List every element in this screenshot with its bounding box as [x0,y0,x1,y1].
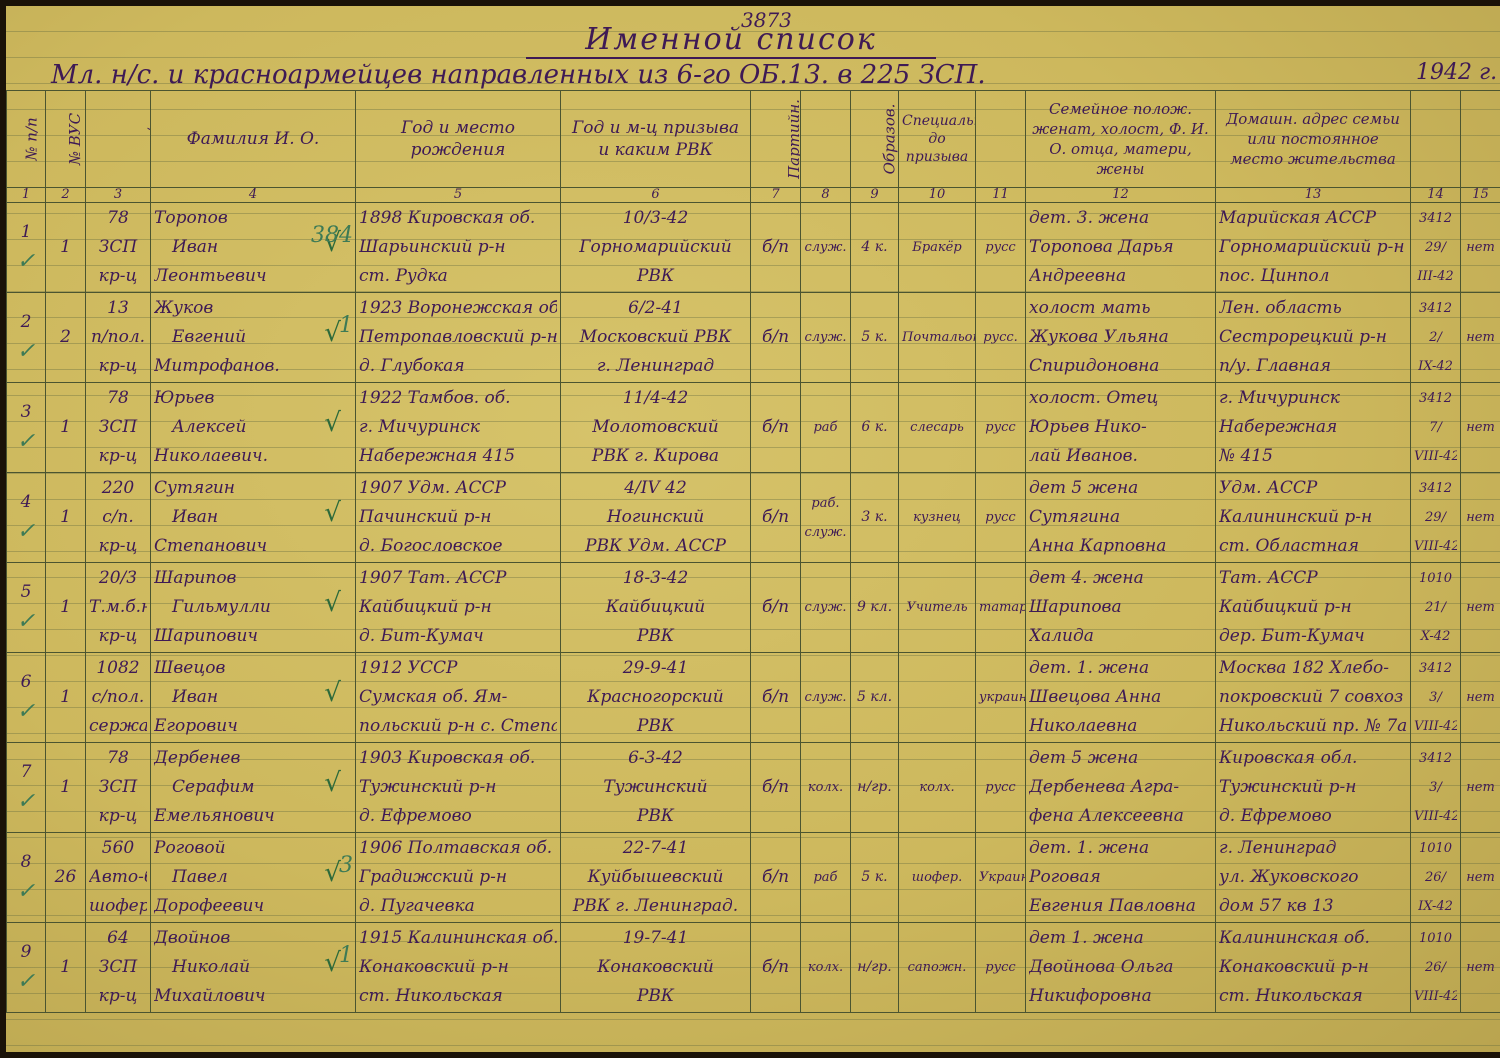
cell-draft: 10/3-42ГорномарийскийРВК [561,203,751,293]
cell-draft: 29-9-41КрасногорскийРВК [561,653,751,743]
cell-vus: 1 [46,473,86,563]
cell-party: б/п [751,473,801,563]
cell-unit-rank: 13п/пол.кр-ц [86,293,151,383]
col-num: 2 [46,188,86,203]
cell-nationality: русс [976,383,1026,473]
cell-arrived: 341229/VIII-42 [1411,473,1461,563]
cell-family: дет. 3. женаТоропова ДарьяАндреевна [1026,203,1216,293]
cell-nationality: русс. [976,293,1026,383]
table-row: 3✓ 1 78ЗСПкр-ц ЮрьевАлексейНиколаевич. √… [7,383,1500,473]
cell-education: 9 кл. [851,563,899,653]
cell-arrived: 101026/VIII-42 [1411,923,1461,1013]
document-year: 1942 г. [1416,60,1497,85]
col-num: 5 [356,188,561,203]
cell-vus: 1 [46,923,86,1013]
cell-unit-rank: 78ЗСПкр-ц [86,383,151,473]
cell-vus: 1 [46,563,86,653]
cell-draft: 11/4-42МолотовскийРВК г. Кирова [561,383,751,473]
cell-arrived: 101021/X-42 [1411,563,1461,653]
cell-name: ШвецовИванЕгорович √ [151,653,356,743]
cell-address: г. Ленинградул. Жуковскогодом 57 кв 13 [1216,833,1411,923]
cell-birth: 1903 Кировская об.Тужинский р-нд. Ефремо… [356,743,561,833]
col-num: 15 [1461,188,1500,203]
cell-unit-rank: 20/3Т.м.б.н.кр-ц [86,563,151,653]
col-num: 3 [86,188,151,203]
cell-draft: 4/IV 42НогинскийРВК Удм. АССР [561,473,751,563]
document-subtitle: Мл. н/с. и красноармейцев направленных и… [51,60,986,90]
personnel-table: № п/п № ВУС Часть, в/звание Фамилия И. О… [6,90,1500,1013]
cell-vus: 1 [46,383,86,473]
cell-birth: 1907 Тат. АССРКайбицкий р-нд. Бит-Кумач [356,563,561,653]
cell-arrived: 101026/IX-42 [1411,833,1461,923]
col-num: 4 [151,188,356,203]
cell-specialty: Учитель [899,563,976,653]
green-check-icon: ✓ [17,429,35,454]
cell-specialty: шофер. [899,833,976,923]
cell-party: б/п [751,743,801,833]
col-header-education: Образов. [851,91,899,188]
cell-draft: 18-3-42КайбицкийРВК [561,563,751,653]
col-header-draft: Год и м-ц призыва и каким РВК [561,91,751,188]
cell-nationality: татар. [976,563,1026,653]
cell-birth: 1923 Воронежская об.Петропавловский р-нд… [356,293,561,383]
cell-education: 5 кл. [851,653,899,743]
cell-name: ДвойновНиколайМихайлович √ 1 [151,923,356,1013]
checkmark-icon: √ [324,679,341,708]
cell-social: колх. [801,923,851,1013]
cell-unit-rank: 560Авто-бншофер. [86,833,151,923]
cell-unit-rank: 78ЗСПкр-ц [86,743,151,833]
cell-specialty: колх. [899,743,976,833]
cell-social: раб [801,833,851,923]
cell-conviction: нет [1461,653,1500,743]
cell-draft: 19-7-41КонаковскийРВК [561,923,751,1013]
cell-conviction: нет [1461,563,1500,653]
col-header-birth: Год и место рождения [356,91,561,188]
cell-specialty: Почтальон [899,293,976,383]
cell-specialty [899,653,976,743]
cell-family: дет 5 женаСутягинаАнна Карповна [1026,473,1216,563]
cell-education: 6 к. [851,383,899,473]
cell-family: холост. ОтецЮрьев Нико-лай Иванов. [1026,383,1216,473]
cell-education: 5 к. [851,833,899,923]
cell-arrived: 34122/IX-42 [1411,293,1461,383]
cell-party: б/п [751,293,801,383]
cell-name: ТороповИванЛеонтьевич √ 384 [151,203,356,293]
cell-social: раб. служ. [801,473,851,563]
table-row: 1✓ 1 78ЗСПкр-ц ТороповИванЛеонтьевич √ 3… [7,203,1500,293]
col-header-number: № п/п [7,91,46,188]
cell-birth: 1912 УССРСумская об. Ям-польский р-н с. … [356,653,561,743]
green-check-icon: ✓ [17,789,35,814]
cell-address: Удм. АССРКалининский р-нст. Областная [1216,473,1411,563]
cell-unit-rank: 78ЗСПкр-ц [86,203,151,293]
cell-conviction: нет [1461,833,1500,923]
cell-arrived: 341229/III-42 [1411,203,1461,293]
cell-unit-rank: 64ЗСПкр-ц [86,923,151,1013]
cell-vus: 1 [46,743,86,833]
cell-number: 1✓ [7,203,46,293]
cell-name: ЖуковЕвгенийМитрофанов. √ 1 [151,293,356,383]
green-check-icon: ✓ [17,519,35,544]
cell-social: служ. [801,653,851,743]
green-check-icon: ✓ [17,249,35,274]
cell-social: служ. [801,293,851,383]
col-header-address: Домашн. адрес семьи или постоянное место… [1216,91,1411,188]
col-num: 8 [801,188,851,203]
col-header-party: Партийн. [751,91,801,188]
col-num: 13 [1216,188,1411,203]
cell-arrived: 34127/VIII-42 [1411,383,1461,473]
cell-nationality: русс [976,923,1026,1013]
cell-specialty: сапожн. [899,923,976,1013]
col-num: 10 [899,188,976,203]
cell-family: дет 4. женаШариповаХалида [1026,563,1216,653]
cell-birth: 1907 Удм. АССРПачинский р-нд. Богословск… [356,473,561,563]
col-num: 14 [1411,188,1461,203]
cell-party: б/п [751,923,801,1013]
cell-name: ШариповГильмуллиШарипович √ [151,563,356,653]
cell-conviction: нет [1461,473,1500,563]
cell-arrived: 34123/VIII-42 [1411,653,1461,743]
cell-family: дет. 1. женаРоговаяЕвгения Павловна [1026,833,1216,923]
cell-vus: 1 [46,653,86,743]
cell-social: служ. [801,563,851,653]
table-row: 9✓ 1 64ЗСПкр-ц ДвойновНиколайМихайлович … [7,923,1500,1013]
cell-number: 3✓ [7,383,46,473]
cell-nationality: Украин. [976,833,1026,923]
table-row: 7✓ 1 78ЗСПкр-ц ДербеневСерафимЕмельянови… [7,743,1500,833]
col-header-vus: № ВУС [46,91,86,188]
cell-education: н/гр. [851,923,899,1013]
cell-social: раб [801,383,851,473]
green-mark: 384 [311,221,353,250]
cell-draft: 22-7-41КуйбышевскийРВК г. Ленинград. [561,833,751,923]
green-mark: 1 [339,311,353,340]
cell-number: 6✓ [7,653,46,743]
green-check-icon: ✓ [17,339,35,364]
cell-conviction: нет [1461,923,1500,1013]
table-body: 1✓ 1 78ЗСПкр-ц ТороповИванЛеонтьевич √ 3… [7,203,1500,1013]
green-check-icon: ✓ [17,699,35,724]
green-mark: 3 [339,851,353,880]
cell-party: б/п [751,563,801,653]
column-number-row: 1 2 3 4 5 6 7 8 9 10 11 12 13 14 15 [7,188,1500,203]
checkmark-icon: √ [324,589,341,618]
table-row: 2✓ 2 13п/пол.кр-ц ЖуковЕвгенийМитрофанов… [7,293,1500,383]
cell-address: Калининская об.Конаковский р-нст. Николь… [1216,923,1411,1013]
checkmark-icon: √ [324,769,341,798]
cell-name: ЮрьевАлексейНиколаевич. √ [151,383,356,473]
col-header-specialty: Специальность до призыва [899,91,976,188]
archival-document-sheet: 3873 Именной список Мл. н/с. и красноарм… [6,6,1500,1052]
cell-family: дет 1. женаДвойнова ОльгаНикифоровна [1026,923,1216,1013]
cell-party: б/п [751,833,801,923]
cell-social: служ. [801,203,851,293]
cell-vus: 2 [46,293,86,383]
cell-party: б/п [751,203,801,293]
cell-birth: 1898 Кировская об.Шарьинский р-нст. Рудк… [356,203,561,293]
cell-nationality: украин. [976,653,1026,743]
cell-draft: 6/2-41Московский РВКг. Ленинград [561,293,751,383]
cell-nationality: русс [976,743,1026,833]
header-row: № п/п № ВУС Часть, в/звание Фамилия И. О… [7,91,1500,188]
cell-address: Лен. областьСестрорецкий р-нп/у. Главная [1216,293,1411,383]
cell-name: ДербеневСерафимЕмельянович √ [151,743,356,833]
green-check-icon: ✓ [17,879,35,904]
cell-education: 5 к. [851,293,899,383]
cell-name: СутягинИванСтепанович √ [151,473,356,563]
col-header-arrived: Когда и откуда прибыл [1411,91,1461,188]
cell-nationality: русс [976,473,1026,563]
cell-number: 8✓ [7,833,46,923]
cell-birth: 1906 Полтавская об.Градижский р-нд. Пуга… [356,833,561,923]
col-header-conviction: Судимость [1461,91,1500,188]
cell-address: Тат. АССРКайбицкий р-ндер. Бит-Кумач [1216,563,1411,653]
cell-conviction: нет [1461,383,1500,473]
col-header-name: Фамилия И. О. [151,91,356,188]
col-num: 6 [561,188,751,203]
cell-conviction: нет [1461,293,1500,383]
cell-draft: 6-3-42ТужинскийРВК [561,743,751,833]
col-num: 1 [7,188,46,203]
cell-party: б/п [751,653,801,743]
cell-address: Москва 182 Хлебо-покровский 7 совхозНико… [1216,653,1411,743]
checkmark-icon: √ [324,499,341,528]
cell-specialty: Бракёр [899,203,976,293]
cell-family: холост матьЖукова УльянаСпиридоновна [1026,293,1216,383]
cell-conviction: нет [1461,203,1500,293]
cell-name: РоговойПавелДорофеевич √ 3 [151,833,356,923]
cell-education: 3 к. [851,473,899,563]
cell-specialty: кузнец [899,473,976,563]
cell-party: б/п [751,383,801,473]
table-row: 6✓ 1 1082с/пол.сержант ШвецовИванЕгорови… [7,653,1500,743]
cell-number: 7✓ [7,743,46,833]
cell-birth: 1915 Калининская об.Конаковский р-нст. Н… [356,923,561,1013]
col-header-social: Социальн. положен. [801,91,851,188]
col-num: 12 [1026,188,1216,203]
cell-education: 4 к. [851,203,899,293]
cell-arrived: 34123/VIII-42 [1411,743,1461,833]
col-num: 9 [851,188,899,203]
green-check-icon: ✓ [17,609,35,634]
cell-unit-rank: 1082с/пол.сержант [86,653,151,743]
cell-address: Кировская обл.Тужинский р-нд. Ефремово [1216,743,1411,833]
cell-number: 4✓ [7,473,46,563]
cell-birth: 1922 Тамбов. об.г. МичуринскНабережная 4… [356,383,561,473]
cell-family: дет. 1. женаШвецова АннаНиколаевна [1026,653,1216,743]
cell-family: дет 5 женаДербенева Агра-фена Алексеевна [1026,743,1216,833]
table-row: 4✓ 1 220с/п.кр-ц СутягинИванСтепанович √… [7,473,1500,563]
cell-address: Марийская АССРГорномарийский р-нпос. Цин… [1216,203,1411,293]
cell-vus: 1 [46,203,86,293]
green-check-icon: ✓ [17,969,35,994]
green-mark: 1 [339,941,353,970]
col-num: 11 [976,188,1026,203]
cell-address: г. МичуринскНабережная№ 415 [1216,383,1411,473]
cell-conviction: нет [1461,743,1500,833]
col-header-family: Семейное полож. женат, холост, Ф. И. О. … [1026,91,1216,188]
checkmark-icon: √ [324,409,341,438]
cell-nationality: русс [976,203,1026,293]
cell-number: 5✓ [7,563,46,653]
col-num: 7 [751,188,801,203]
cell-vus: 26 [46,833,86,923]
col-header-unit-rank: Часть, в/звание [86,91,151,188]
cell-education: н/гр. [851,743,899,833]
cell-number: 9✓ [7,923,46,1013]
table-row: 5✓ 1 20/3Т.м.б.н.кр-ц ШариповГильмуллиШа… [7,563,1500,653]
cell-number: 2✓ [7,293,46,383]
cell-unit-rank: 220с/п.кр-ц [86,473,151,563]
table-row: 8✓ 26 560Авто-бншофер. РоговойПавелДороф… [7,833,1500,923]
document-title: Именной список [526,22,936,59]
cell-social: колх. [801,743,851,833]
cell-specialty: слесарь [899,383,976,473]
col-header-nationality: Национальность [976,91,1026,188]
